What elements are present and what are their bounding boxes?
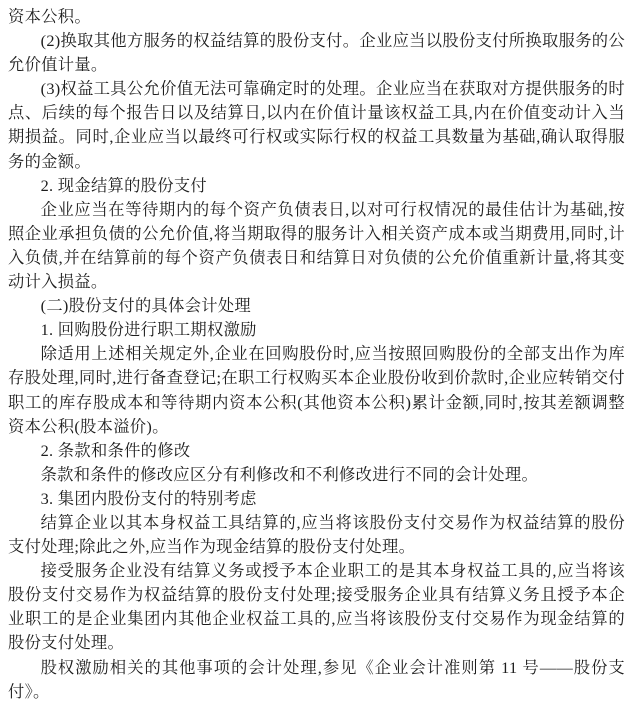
body-paragraph-continuation: 资本公积。 — [8, 5, 625, 29]
heading-cash-settled-share-payment: 2. 现金结算的股份支付 — [8, 174, 625, 198]
body-paragraph: 除适用上述相关规定外,企业在回购股份时,应当按照回购股份的全部支出作为库存股处理… — [8, 342, 625, 438]
body-paragraph: (3)权益工具公允价值无法可靠确定时的处理。企业应当在获取对方提供服务的时点、后… — [8, 77, 625, 173]
heading-repurchase-shares-incentive: 1. 回购股份进行职工期权激励 — [8, 318, 625, 342]
body-paragraph: 接受服务企业没有结算义务或授予本企业职工的是其本身权益工具的,应当将该股份支付交… — [8, 559, 625, 655]
heading-specific-accounting-treatment: (二)股份支付的具体会计处理 — [8, 294, 625, 318]
document-page: 资本公积。 (2)换取其他方服务的权益结算的股份支付。企业应当以股份支付所换取服… — [0, 0, 633, 705]
heading-group-share-payment: 3. 集团内股份支付的特别考虑 — [8, 487, 625, 511]
body-paragraph: 结算企业以其本身权益工具结算的,应当将该股份支付交易作为权益结算的股份支付处理;… — [8, 511, 625, 559]
body-paragraph: 条款和条件的修改应区分有利修改和不利修改进行不同的会计处理。 — [8, 463, 625, 487]
body-paragraph: (2)换取其他方服务的权益结算的股份支付。企业应当以股份支付所换取服务的公允价值… — [8, 29, 625, 77]
body-paragraph: 股权激励相关的其他事项的会计处理,参见《企业会计准则第 11 号——股份支付》。 — [8, 656, 625, 704]
heading-terms-conditions-modification: 2. 条款和条件的修改 — [8, 439, 625, 463]
body-paragraph: 企业应当在等待期内的每个资产负债表日,以对可行权情况的最佳估计为基础,按照企业承… — [8, 198, 625, 294]
